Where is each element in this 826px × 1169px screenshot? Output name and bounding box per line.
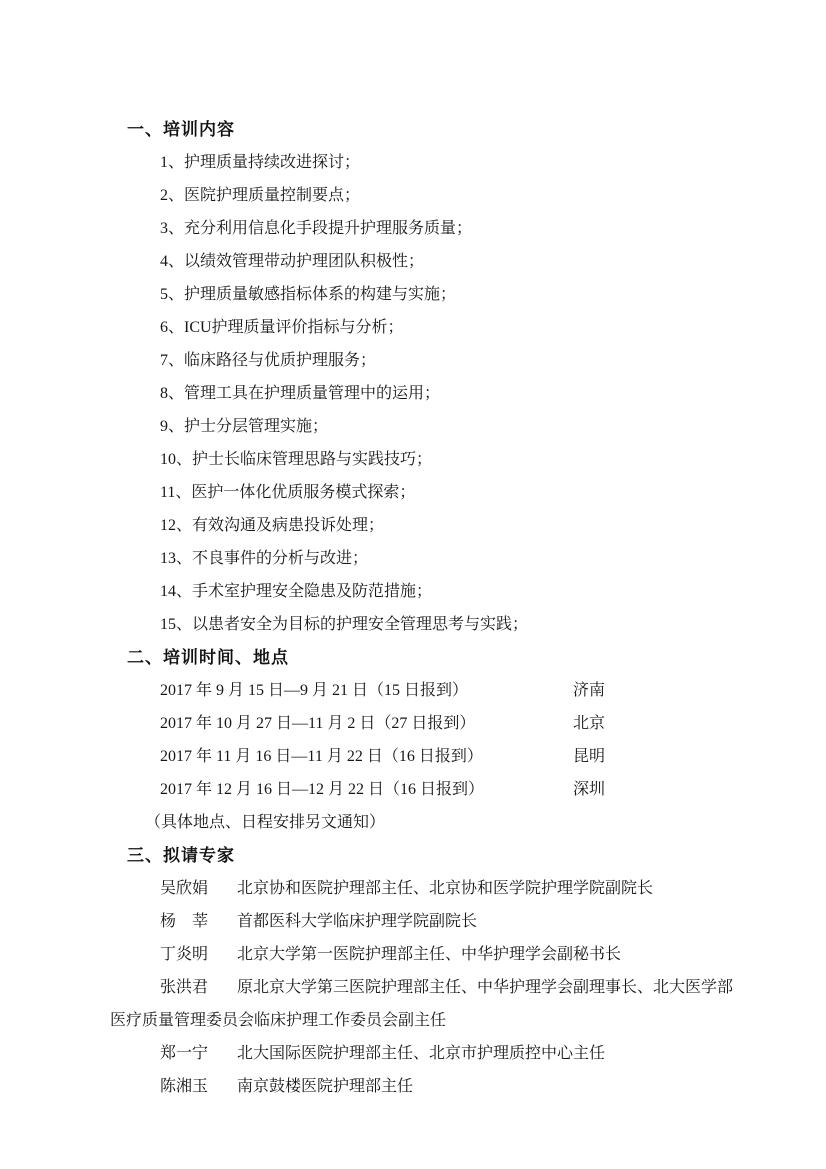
training-item: 4、以绩效管理带动护理团队积极性； <box>160 245 826 278</box>
training-item: 13、不良事件的分析与改进； <box>160 542 826 575</box>
expert-name: 张洪君 <box>160 979 208 996</box>
schedule-city: 深圳 <box>573 773 605 806</box>
expert-row: 张洪君原北京大学第三医院护理部主任、中华护理学会副理事长、北大医学部医疗质量管理… <box>110 971 740 1037</box>
schedule-city: 济南 <box>573 674 605 707</box>
document-page: 一、培训内容 1、护理质量持续改进探讨； 2、医院护理质量控制要点； 3、充分利… <box>0 0 826 1169</box>
training-item: 2、医院护理质量控制要点； <box>160 179 826 212</box>
schedule-note: （具体地点、日程安排另文通知） <box>145 806 826 839</box>
training-item: 12、有效沟通及病患投诉处理； <box>160 509 826 542</box>
schedule-row: 2017 年 12 月 16 日—12 月 22 日（16 日报到） 深圳 <box>160 773 826 806</box>
expert-row: 丁炎明北京大学第一医院护理部主任、中华护理学会副秘书长 <box>110 938 740 971</box>
expert-row: 吴欣娟北京协和医院护理部主任、北京协和医学院护理学院副院长 <box>110 872 740 905</box>
expert-row: 陈湘玉南京鼓楼医院护理部主任 <box>110 1070 740 1103</box>
time-place-heading: 二、培训时间、地点 <box>127 641 826 674</box>
training-item: 7、临床路径与优质护理服务； <box>160 344 826 377</box>
expert-name: 吴欣娟 <box>160 880 208 897</box>
expert-name: 丁炎明 <box>160 946 208 963</box>
schedule-row: 2017 年 9 月 15 日—9 月 21 日（15 日报到） 济南 <box>160 674 826 707</box>
training-item: 15、以患者安全为目标的护理安全管理思考与实践； <box>160 608 826 641</box>
training-item: 11、医护一体化优质服务模式探索； <box>160 476 826 509</box>
expert-row: 郑一宁北大国际医院护理部主任、北京市护理质控中心主任 <box>110 1037 740 1070</box>
schedule-city: 昆明 <box>573 740 605 773</box>
training-item: 6、ICU护理质量评价指标与分析； <box>160 311 826 344</box>
schedule-row: 2017 年 11 月 16 日—11 月 22 日（16 日报到） 昆明 <box>160 740 826 773</box>
expert-title: 北大国际医院护理部主任、北京市护理质控中心主任 <box>237 1045 605 1062</box>
expert-row: 杨 莘首都医科大学临床护理学院副院长 <box>110 905 740 938</box>
training-item: 9、护士分层管理实施； <box>160 410 826 443</box>
schedule-city: 北京 <box>573 707 605 740</box>
training-item: 3、充分利用信息化手段提升护理服务质量； <box>160 212 826 245</box>
training-item: 10、护士长临床管理思路与实践技巧； <box>160 443 826 476</box>
training-item: 8、管理工具在护理质量管理中的运用； <box>160 377 826 410</box>
expert-name: 郑一宁 <box>160 1045 208 1062</box>
schedule-date: 2017 年 11 月 16 日—11 月 22 日（16 日报到） <box>160 748 483 765</box>
training-item: 5、护理质量敏感指标体系的构建与实施； <box>160 278 826 311</box>
experts-heading: 三、拟请专家 <box>127 839 826 872</box>
schedule-date: 2017 年 9 月 15 日—9 月 21 日（15 日报到） <box>160 682 468 699</box>
expert-title: 北京大学第一医院护理部主任、中华护理学会副秘书长 <box>237 946 621 963</box>
expert-title: 南京鼓楼医院护理部主任 <box>237 1078 413 1095</box>
expert-name: 陈湘玉 <box>160 1078 208 1095</box>
training-item: 1、护理质量持续改进探讨； <box>160 146 826 179</box>
schedule-date: 2017 年 10 月 27 日—11 月 2 日（27 日报到） <box>160 715 475 732</box>
expert-title: 北京协和医院护理部主任、北京协和医学院护理学院副院长 <box>237 880 653 897</box>
expert-title: 首都医科大学临床护理学院副院长 <box>237 913 477 930</box>
expert-name: 杨 莘 <box>160 913 208 930</box>
schedule-row: 2017 年 10 月 27 日—11 月 2 日（27 日报到） 北京 <box>160 707 826 740</box>
training-content-heading: 一、培训内容 <box>127 113 826 146</box>
schedule-date: 2017 年 12 月 16 日—12 月 22 日（16 日报到） <box>160 781 484 798</box>
training-item: 14、手术室护理安全隐患及防范措施； <box>160 575 826 608</box>
